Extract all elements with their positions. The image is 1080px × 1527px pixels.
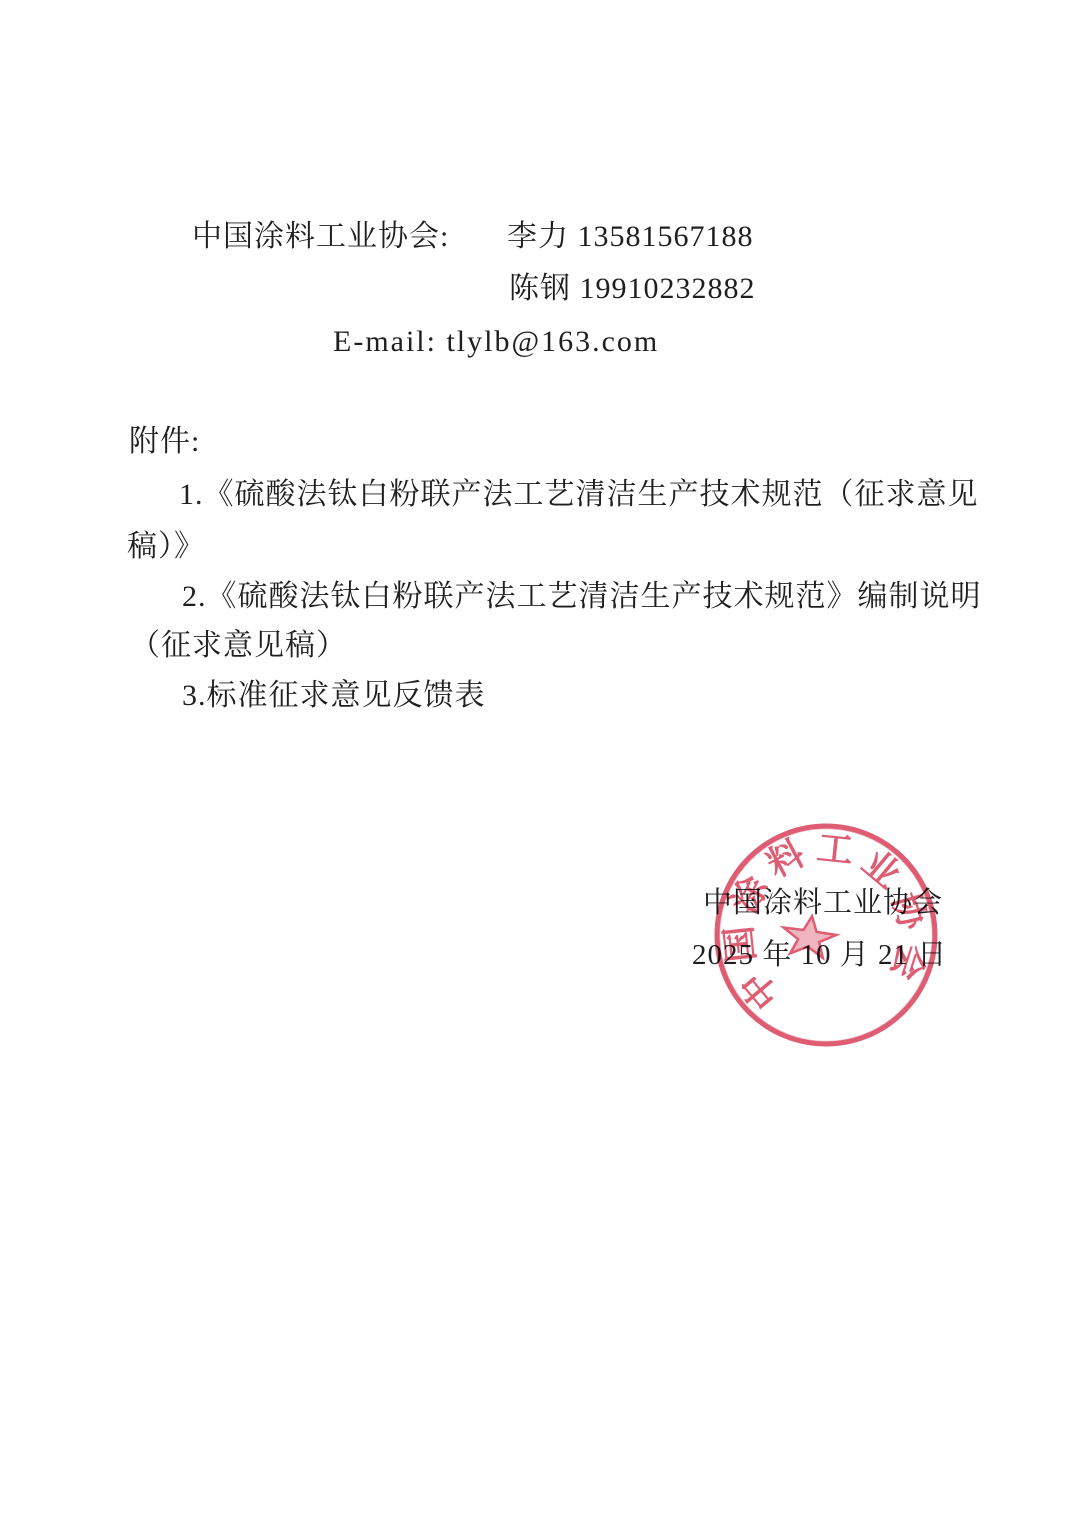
official-seal: 中 国 涂 料 工 业 协 会 bbox=[694, 803, 958, 1067]
document-page: 中国涂料工业协会: 李力 13581567188 陈钢 19910232882 … bbox=[0, 0, 1080, 1527]
seal-char-1: 中 bbox=[733, 964, 787, 1017]
attachment-item-1-line-2: 稿）》 bbox=[127, 532, 205, 562]
seal-char-2: 国 bbox=[719, 924, 763, 964]
attachment-item-3: 3.标准征求意见反馈表 bbox=[182, 681, 486, 711]
contact-person-2: 陈钢 19910232882 bbox=[509, 274, 756, 304]
contact-org-label: 中国涂料工业协会: bbox=[192, 222, 449, 252]
seal-char-5: 工 bbox=[815, 828, 855, 872]
attachment-item-2-line-1: 2.《硫酸法钛白粉联产法工艺清洁生产技术规范》编制说明 bbox=[182, 582, 982, 612]
seal-star-icon bbox=[780, 913, 838, 960]
attachment-item-2-line-2: （征求意见稿） bbox=[130, 631, 347, 661]
attachments-heading: 附件: bbox=[129, 427, 200, 457]
contact-person-1: 李力 13581567188 bbox=[507, 222, 754, 252]
attachment-item-1-line-1: 1.《硫酸法钛白粉联产法工艺清洁生产技术规范（征求意见 bbox=[179, 480, 979, 510]
seal-char-6: 业 bbox=[855, 842, 908, 896]
contact-email: E-mail: tlylb@163.com bbox=[333, 327, 659, 357]
